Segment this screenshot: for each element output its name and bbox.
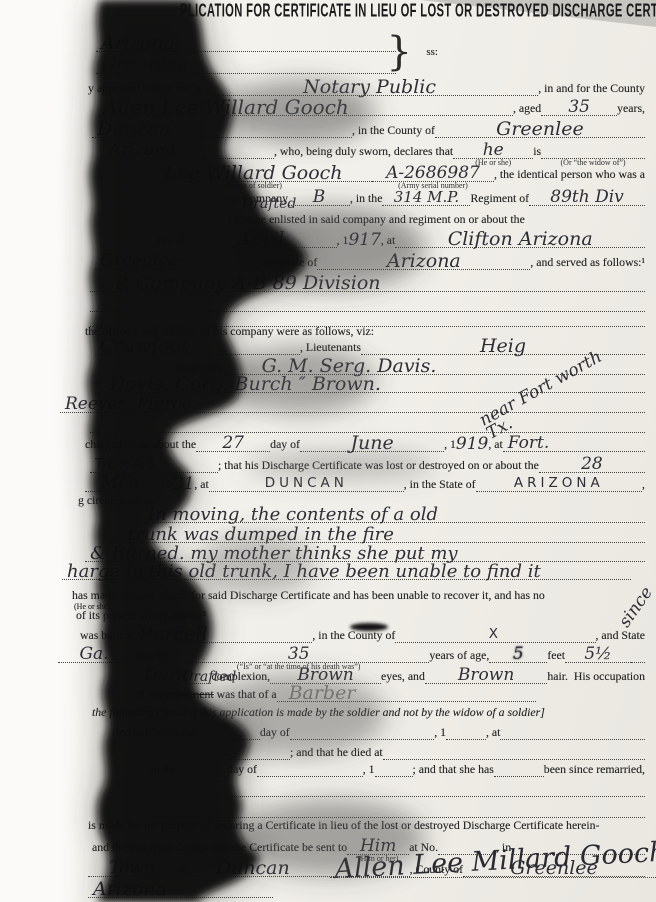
married-year: , 1 [434, 725, 446, 740]
discharge-day: 27 [222, 436, 244, 451]
married-dayof: day of [260, 725, 290, 740]
appearance-pre: y appeared before me, a [88, 81, 201, 96]
jurat-block: Arizona Greenlee } ss: [96, 30, 396, 74]
eyes-value: Brown [297, 668, 353, 683]
lieutenants-label: , Lieutenants [300, 340, 361, 355]
height-inches: 5½ [584, 647, 611, 662]
circumstance-line-3: & Burned. my mother thinks she put my [90, 546, 458, 561]
dotted-blank-line [150, 781, 645, 797]
appearance-officer: Notary Public [303, 80, 436, 95]
lost-post: , [642, 477, 645, 492]
privates-names: Reeves. Pierce. [65, 397, 197, 412]
row-died: ; and that he died at [150, 744, 645, 760]
division-value: 89th Div [550, 190, 624, 205]
row-circumstance-4: harge in this old trunk, I have been una… [62, 564, 631, 580]
remarried-pre: on the [148, 762, 177, 777]
hair-value: Brown [458, 668, 514, 683]
jurat-ss-label: ss: [426, 46, 438, 58]
hair-label: hair. His occupation [547, 669, 645, 684]
jurat-state-value: Arizona [101, 36, 175, 51]
lost-year: 21 [173, 477, 195, 492]
row-purpose: is made for the purpose of securing a Ce… [88, 818, 599, 833]
remarried-mid: ; and that she has [413, 762, 494, 777]
discharge-year: 919 [456, 437, 488, 452]
enlist-state-mid: , and State of [255, 255, 317, 270]
row-declaration: Arizona , who, being duly sworn, declare… [104, 143, 645, 159]
applicant-name: Allen Lee Willard Gooch [103, 100, 349, 115]
age-value-2: 35 [288, 647, 310, 662]
lost-state-mid: , in the State of [404, 477, 476, 492]
row-applicant-name: Allen Lee Willard Gooch , aged 35 years, [98, 100, 645, 116]
died-text: ; and that he died at [290, 745, 383, 760]
lost-state: TEXAS [95, 457, 159, 472]
born-place: Purcell [139, 627, 207, 642]
discharge-dayof: day of [270, 437, 300, 452]
row-soldier: Lee Willard Gooch (Name of soldier) A-26… [135, 166, 645, 182]
served-as-follows-label: , and served as follows:¹ [530, 255, 645, 270]
widow-clause-text: the following clause if this application… [92, 705, 545, 720]
enlist-year: 917 [348, 233, 380, 248]
since-text: since [617, 585, 655, 630]
since-diagonal-note: since [614, 600, 656, 615]
years-label: years, [617, 101, 645, 116]
row-served: P. Company A-B 89 Division [90, 276, 645, 292]
row-lost-2: Mch , 19 21 , at DUNCAN , in the State o… [85, 476, 645, 492]
dotted-blank-line [90, 296, 645, 312]
enlist-at: , at [381, 233, 395, 248]
drafted-note-1: Drafted [242, 197, 296, 212]
born-mid: , in the County of [312, 628, 395, 643]
age-mid1: ; that he [130, 648, 168, 663]
row-widow-clause: the following clause if this application… [92, 705, 545, 720]
row-remarried: on the day of , 1 ; and that she has bee… [148, 761, 645, 777]
soldier-serial: A-2686987 [386, 166, 480, 181]
search-text: has made diligent search for said Discha… [72, 588, 545, 603]
dayof-label: day of [155, 233, 185, 248]
row-appearance: y appeared before me, a Notary Public , … [88, 80, 645, 96]
lost-day: 28 [581, 457, 603, 472]
born-pre: was born at [80, 628, 134, 643]
town-of: of [176, 862, 186, 877]
jurat-brace-icon: } [387, 30, 412, 74]
row-circumstance-3: & Burned. my mother thinks she put my [85, 546, 645, 562]
declare-pronoun: he [483, 143, 504, 158]
discharged-label: charged on or about the [85, 437, 196, 452]
row-residence: Duncan , in the County of Greenlee [92, 122, 645, 138]
row-lost: TEXAS ; that his Discharge Certificate w… [90, 457, 645, 473]
town-word: Town [109, 861, 155, 876]
occupation-struck-word: enlistment [165, 687, 214, 702]
document-scan: PLICATION FOR CERTIFICATE IN LIEU OF LOS… [0, 0, 656, 902]
officer-crawfoot: Crawfoot [100, 339, 189, 354]
row-age: Ga. ; that he 35 (“Is” or “at the time o… [58, 647, 645, 663]
officer-heig: Heig [480, 339, 526, 354]
appearance-post: , in and for the County [538, 81, 645, 96]
row-occupation: of his enlistment was that of a Barber [135, 686, 536, 702]
lost-at: , at [194, 477, 208, 492]
enlist-state: Arizona [387, 254, 461, 269]
feet-label: feet [547, 648, 565, 663]
height-feet: 5 [513, 647, 524, 662]
remarried-year: , 1 [363, 762, 375, 777]
age-value: 35 [568, 100, 590, 115]
residence-mid: , in the County of [352, 123, 435, 138]
row-enlisted-clause: ; that he enlisted in said company and r… [150, 211, 645, 227]
purpose-text: is made for the purpose of securing a Ce… [88, 818, 599, 833]
circumstance-line-4: harge in this old trunk, I have been una… [67, 564, 541, 579]
enlist-place: Clifton Arizona [448, 232, 593, 247]
jurat-county-value: Greenlee [101, 58, 189, 73]
row-state-bottom: Arizona [88, 882, 348, 898]
age-state: Ga. [79, 647, 108, 662]
born-post: , and State [596, 628, 645, 643]
jurat-state-line: Arizona [96, 30, 396, 52]
occupation-value: Barber [289, 686, 356, 701]
lost-state-2: ARIZONA [514, 476, 604, 491]
town-place: Duncan [216, 861, 290, 876]
remarried-post: been since remarried, [544, 762, 645, 777]
row-officers-1: Crawfoot , Lieutenants Heig [95, 339, 645, 355]
enlist-county: Greenlee [100, 254, 178, 269]
sergeants-names: G. M. Serg. Davis. [262, 359, 437, 374]
declare-is: is [533, 144, 541, 159]
dotted-blank [150, 211, 228, 227]
enlist-month: April [237, 232, 284, 247]
residence-town: Duncan [97, 122, 171, 137]
row-married: ried to him on the day of , 1 , at [112, 724, 645, 740]
corporals-names: Davis, Corp. Burch ″ Brown. [110, 377, 381, 392]
company-letter: B [313, 190, 326, 205]
row-signature: Allen Lee Millard Gooch [330, 862, 645, 878]
lost-place: DUNCAN [265, 476, 348, 491]
enlist-year-pre: , 1 [337, 233, 349, 248]
soldier-name: Lee Willard Gooch [164, 166, 342, 181]
remarried-dayof: day of [227, 762, 257, 777]
row-search: has made diligent search for said Discha… [72, 588, 545, 603]
aged-label: , aged [513, 101, 541, 116]
circumstance-line-2: trunk was dumped in the fire [128, 527, 394, 542]
discharge-year-pre: , 1 [444, 437, 456, 452]
complexion-value: Dark [145, 668, 187, 683]
circumstance-line-1: In moving, the contents of a old [148, 507, 438, 522]
name-of-soldier-label: (Name of soldier) [225, 181, 282, 190]
enlisted-text: ; that he enlisted in said company and r… [228, 212, 525, 227]
served-entry: P. Company A-B 89 Division [115, 276, 381, 291]
company-mid1: , in the [350, 191, 382, 206]
married-pre: ried to him on the [112, 725, 196, 740]
page-title: PLICATION FOR CERTIFICATE IN LIEU OF LOS… [180, 4, 656, 21]
lost-text: ; that his Discharge Certificate was los… [218, 458, 539, 473]
lost-month: Mch [101, 476, 139, 491]
age-mid2: years of age, [429, 648, 489, 663]
lost-year-pre: , 19 [155, 477, 173, 492]
dotted-blank-line [150, 802, 645, 818]
sendto-pre: and the applicant desires that the Certi… [92, 840, 347, 855]
soldier-post: , the identical person who was a [494, 167, 645, 182]
born-county: X [489, 627, 502, 642]
state-bottom-value: Arizona [93, 882, 167, 897]
drafted-note-2: Drafted [182, 670, 236, 685]
row-circumstance-1: In moving, the contents of a old [130, 507, 645, 523]
declare-state: Arizona [109, 143, 175, 158]
row-circumstance-2: trunk was dumped in the fire [110, 527, 645, 543]
row-whereabouts: of its present whereabouts.² [76, 608, 206, 623]
occupation-pre2: was that of a [214, 687, 277, 702]
row-enlist-date: day of April , 1 917 , at Clifton Arizon… [155, 232, 645, 248]
declare-mid: , who, being duly sworn, declares that [274, 144, 453, 159]
discharge-place-diagonal-note: near Fort worth Tx. [492, 412, 656, 442]
married-at: , at [486, 725, 500, 740]
row-enlist-state: Greenlee , and State of Arizona , and se… [95, 254, 645, 270]
company-mid2: Regiment of [470, 191, 529, 206]
unit-value: 314 M.P. [394, 190, 459, 205]
residence-county: Greenlee [496, 122, 584, 137]
ink-smudge [350, 623, 388, 631]
eyes-label: eyes, and [381, 669, 425, 684]
jurat-county-line: Greenlee [96, 52, 396, 74]
whereabouts-text: of its present whereabouts.² [76, 608, 206, 623]
discharge-month: June [350, 436, 393, 451]
occupation-pre1: of his [135, 687, 165, 702]
form-title-row: PLICATION FOR CERTIFICATE IN LIEU OF LOS… [180, 5, 656, 20]
scan-left-margin [0, 0, 92, 902]
